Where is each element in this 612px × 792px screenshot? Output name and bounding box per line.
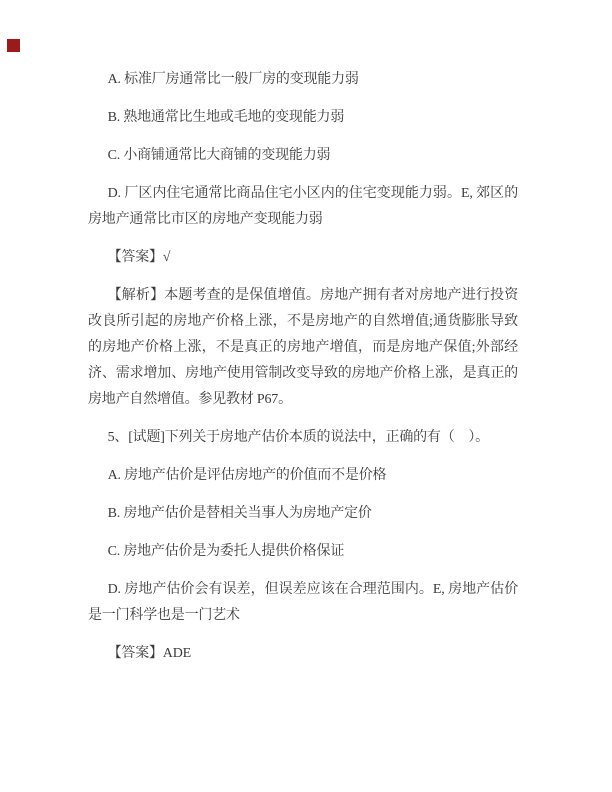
option-line: B. 熟地通常比生地或毛地的变现能力弱 [88, 105, 518, 131]
red-square-marker [7, 39, 20, 52]
document-page: A. 标准厂房通常比一般厂房的变现能力弱B. 熟地通常比生地或毛地的变现能力弱C… [0, 0, 612, 792]
analysis-text: 本题考查的是保值增值。房地产拥有者对房地产进行投资改良所引起的房地产价格上涨，不… [88, 288, 518, 407]
option-line: A. 标准厂房通常比一般厂房的变现能力弱 [88, 67, 518, 93]
answer-value: √ [163, 250, 170, 265]
answer-value: ADE [163, 646, 191, 661]
question4-answer-line: 【答案】√ [88, 245, 518, 271]
question5-stem: 5、[试题]下列关于房地产估价本质的说法中，正确的有（ ）。 [88, 425, 518, 451]
option-line: B. 房地产估价是替相关当事人为房地产定价 [88, 501, 518, 527]
answer-label: 【答案】 [108, 646, 163, 661]
document-content: A. 标准厂房通常比一般厂房的变现能力弱B. 熟地通常比生地或毛地的变现能力弱C… [88, 67, 518, 679]
option-line: D. 厂区内住宅通常比商品住宅小区内的住宅变现能力弱。E, 郊区的房地产通常比市… [88, 181, 518, 233]
analysis-label: 【解析】 [108, 288, 165, 303]
question5-options: A. 房地产估价是评估房地产的价值而不是价格B. 房地产估价是替相关当事人为房地… [88, 463, 518, 629]
option-line: C. 房地产估价是为委托人提供价格保证 [88, 539, 518, 565]
option-line: D. 房地产估价会有误差，但误差应该在合理范围内。E, 房地产估价是一门科学也是… [88, 577, 518, 629]
question4-analysis: 【解析】本题考查的是保值增值。房地产拥有者对房地产进行投资改良所引起的房地产价格… [88, 283, 518, 413]
option-line: C. 小商铺通常比大商铺的变现能力弱 [88, 143, 518, 169]
answer-label: 【答案】 [108, 250, 163, 265]
question4-options: A. 标准厂房通常比一般厂房的变现能力弱B. 熟地通常比生地或毛地的变现能力弱C… [88, 67, 518, 233]
question5-answer-line: 【答案】ADE [88, 641, 518, 667]
option-line: A. 房地产估价是评估房地产的价值而不是价格 [88, 463, 518, 489]
